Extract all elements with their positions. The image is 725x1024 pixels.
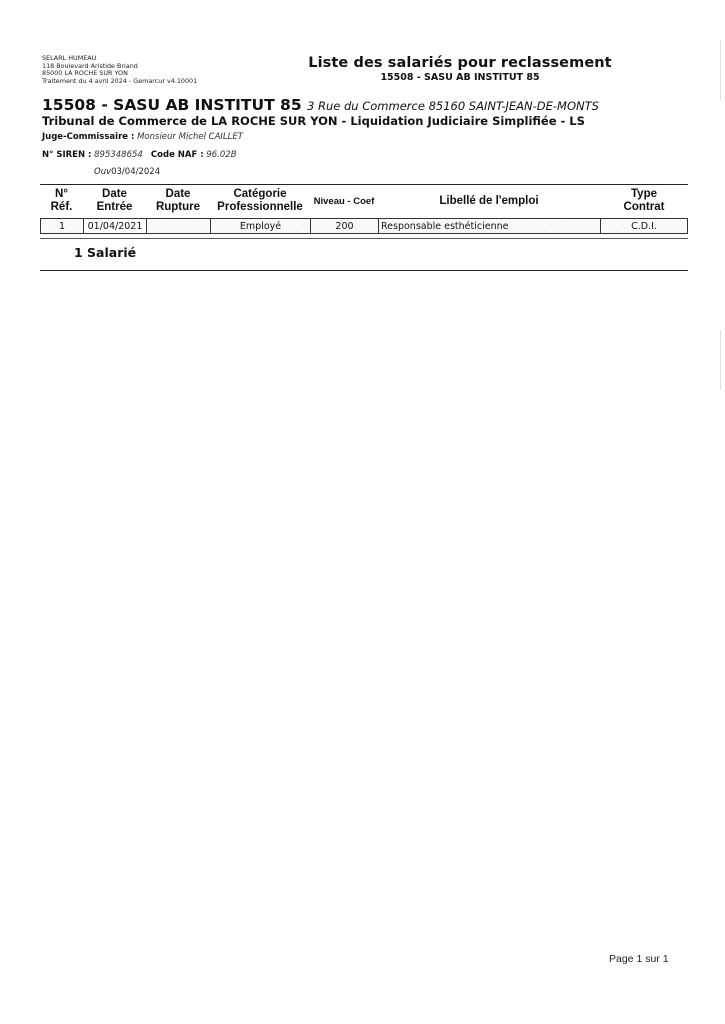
- header-ref: N° Réf.: [40, 188, 83, 213]
- document-title-block: Liste des salariés pour reclassement 155…: [290, 55, 630, 83]
- cell-libelle: Responsable esthéticienne: [379, 219, 601, 233]
- siren-label: N° SIREN :: [42, 150, 91, 160]
- naf-label: Code NAF :: [151, 150, 204, 160]
- company-heading: 15508 - SASU AB INSTITUT 85 3 Rue du Com…: [42, 96, 599, 114]
- table-top-rule: [40, 184, 688, 185]
- siren-value: 895348654: [94, 150, 143, 160]
- opening-value: 03/04/2024: [111, 167, 160, 177]
- cell-date-rupture: [147, 219, 211, 233]
- company-name: 15508 - SASU AB INSTITUT 85: [42, 96, 302, 114]
- document-subtitle: 15508 - SASU AB INSTITUT 85: [290, 72, 630, 83]
- cell-categorie: Employé: [211, 219, 311, 233]
- cell-date-entree: 01/04/2021: [84, 219, 147, 233]
- opening-label: Ouv: [94, 167, 111, 177]
- siren-line: N° SIREN : 895348654 Code NAF : 96.02B: [42, 150, 237, 160]
- table-row: 1 01/04/2021 Employé 200 Responsable est…: [40, 218, 688, 234]
- cell-ref: 1: [41, 219, 84, 233]
- employee-count: 1 Salarié: [74, 245, 136, 260]
- juge-label: Juge-Commissaire :: [42, 132, 134, 142]
- table-bottom-rule: [40, 238, 688, 239]
- sender-block: SELARL HUMEAU 118 Boulevard Aristide Bri…: [42, 55, 197, 85]
- cell-niveau: 200: [311, 219, 379, 233]
- opening-date: Ouv03/04/2024: [94, 167, 160, 177]
- header-type-contrat: Type Contrat: [600, 188, 688, 213]
- header-categorie: Catégorie Professionnelle: [210, 188, 310, 213]
- header-libelle: Libellé de l'emploi: [378, 195, 600, 208]
- company-address: 3 Rue du Commerce 85160 SAINT-JEAN-DE-MO…: [307, 99, 599, 113]
- page-number: Page 1 sur 1: [609, 953, 669, 965]
- document-title: Liste des salariés pour reclassement: [290, 55, 630, 71]
- header-niveau: Niveau - Coef: [310, 196, 378, 209]
- naf-value: 96.02B: [206, 150, 236, 160]
- header-date-rupture: Date Rupture: [146, 188, 210, 213]
- summary-rule: [40, 270, 688, 271]
- header-date-entree: Date Entrée: [83, 188, 146, 213]
- cell-type-contrat: C.D.I.: [601, 219, 687, 233]
- scan-edge-mark: [720, 40, 721, 100]
- juge-line: Juge-Commissaire : Monsieur Michel CAILL…: [42, 132, 243, 142]
- processing-info: Traitement du 4 avril 2024 - Gemarcur v4…: [42, 78, 197, 86]
- tribunal-line: Tribunal de Commerce de LA ROCHE SUR YON…: [42, 114, 585, 128]
- juge-value: Monsieur Michel CAILLET: [137, 132, 243, 142]
- scan-edge-mark: [720, 330, 721, 390]
